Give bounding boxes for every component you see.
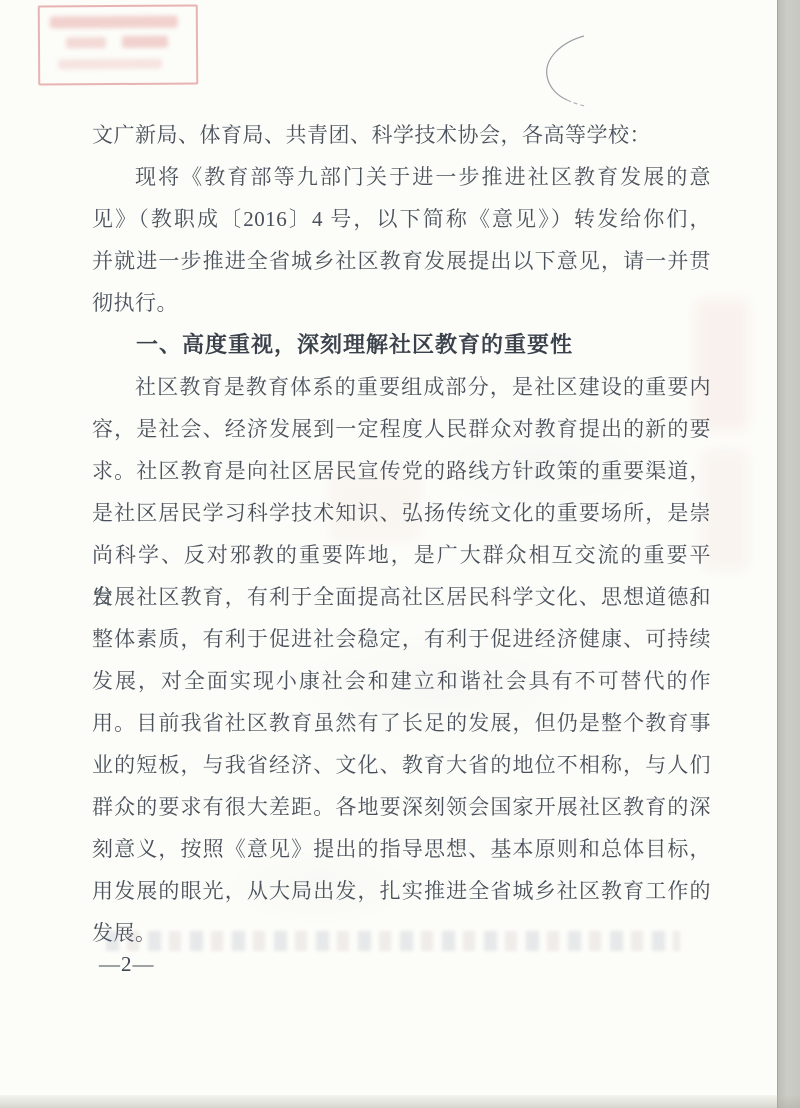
stamp-smudge xyxy=(50,16,178,29)
salutation-line: 文广新局、体育局、共青团、科学技术协会，各高等学校： xyxy=(92,114,711,156)
body-line: 用发展的眼光，从大局出发，扎实推进全省城乡社区教育工作的 xyxy=(92,870,711,912)
body-line: 发展，对全面实现小康社会和建立和谐社会具有不可替代的作 xyxy=(92,660,711,702)
body-line: 现将《教育部等九部门关于进一步推进社区教育发展的意 xyxy=(92,156,711,198)
body-line: 见》（教职成〔2016〕4 号，以下简称《意见》）转发给你们， xyxy=(92,198,711,240)
body-line: 整体素质，有利于促进社会稳定，有利于促进经济健康、可持续 xyxy=(92,618,711,660)
body-line: 社区教育是教育体系的重要组成部分，是社区建设的重要内 xyxy=(92,366,711,408)
body-line: 并就进一步推进全省城乡社区教育发展提出以下意见，请一并贯 xyxy=(92,240,711,282)
body-line: 发展社区教育，有利于全面提高社区居民科学文化、思想道德和 xyxy=(92,576,711,618)
bleed-through-text-strip xyxy=(106,931,680,951)
stamp-smudge xyxy=(58,59,162,70)
body-line: 求。社区教育是向社区居民宣传党的路线方针政策的重要渠道， xyxy=(92,450,711,492)
body-line: 用。目前我省社区教育虽然有了长足的发展，但仍是整个教育事 xyxy=(92,702,711,744)
body-line: 业的短板，与我省经济、文化、教育大省的地位不相称，与人们 xyxy=(92,744,711,786)
stamp-smudge xyxy=(66,37,106,48)
body-line: 群众的要求有很大差距。各地要深刻领会国家开展社区教育的深 xyxy=(92,786,711,828)
scan-edge-bottom xyxy=(0,1095,800,1108)
pen-mark-icon xyxy=(528,26,600,114)
scanned-document-page: 文广新局、体育局、共青团、科学技术协会，各高等学校： 现将《教育部等九部门关于进… xyxy=(0,0,800,1108)
body-line: 是社区居民学习科学技术知识、弘扬传统文化的重要场所，是崇 xyxy=(92,492,711,534)
body-line: 彻执行。 xyxy=(92,282,711,324)
body-line: 刻意义，按照《意见》提出的指导思想、基本原则和总体目标， xyxy=(92,828,711,870)
section-heading: 一、高度重视，深刻理解社区教育的重要性 xyxy=(92,324,711,366)
red-receipt-stamp xyxy=(38,4,199,85)
body-line: 容，是社会、经济发展到一定程度人民群众对教育提出的新的要 xyxy=(92,408,711,450)
document-body: 文广新局、体育局、共青团、科学技术协会，各高等学校： 现将《教育部等九部门关于进… xyxy=(92,114,711,954)
scan-edge-right xyxy=(777,0,800,1108)
page-number: —2— xyxy=(99,950,155,978)
stamp-smudge xyxy=(122,36,168,48)
body-line: 尚科学、反对邪教的重要阵地，是广大群众相互交流的重要平台。 xyxy=(92,534,711,576)
